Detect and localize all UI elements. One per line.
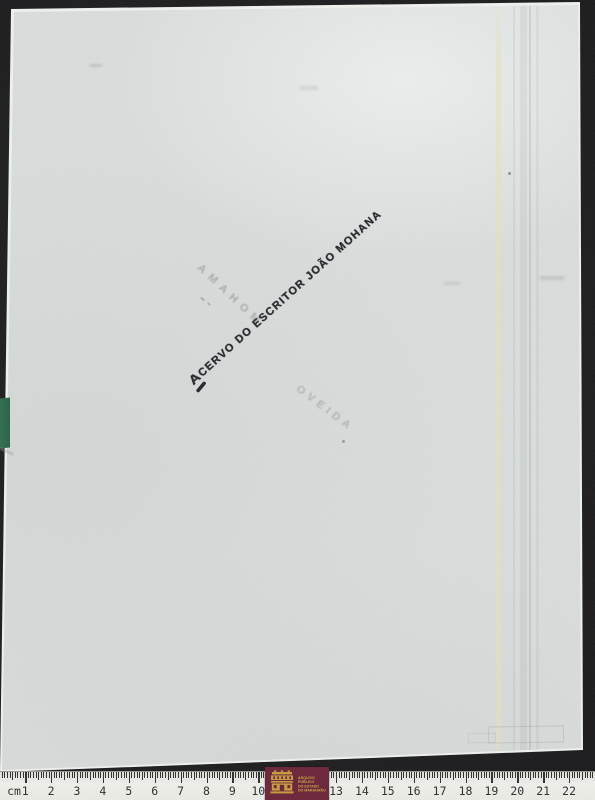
ruler-number: 14	[355, 784, 369, 798]
fold-line	[529, 0, 531, 800]
paper-speck	[200, 297, 205, 302]
ghost-stamp: OVEIDA	[294, 383, 356, 434]
ruler-number: 16	[407, 784, 421, 798]
fold-line	[536, 0, 539, 800]
paper-speck	[207, 302, 211, 306]
ruler-number: 6	[151, 784, 158, 798]
ruler-number: 18	[459, 784, 473, 798]
archive-logo: ARQUIVO PÚBLICO DO ESTADO DO MARANHÃO	[265, 767, 329, 800]
ruler-number: 8	[203, 784, 210, 798]
ruler-number: 19	[484, 784, 498, 798]
ruler-unit-label: cm	[7, 784, 21, 798]
ruler-number: 22	[562, 784, 576, 798]
ruler-number: 9	[229, 784, 236, 798]
scanned-page: AMAHOM OVEIDA ACERVO DO ESCRITOR JOÃO MO…	[0, 0, 595, 800]
ruler-number: 15	[381, 784, 395, 798]
paper-smudge	[540, 276, 564, 280]
paper-impression	[468, 733, 496, 743]
green-archive-tab	[0, 397, 10, 448]
fold-line	[513, 0, 515, 800]
ruler-number: 4	[99, 784, 106, 798]
archive-stamp: ACERVO DO ESCRITOR JOÃO MOHANA	[188, 208, 385, 387]
ruler-number: 20	[510, 784, 524, 798]
paper-sheet: AMAHOM OVEIDA ACERVO DO ESCRITOR JOÃO MO…	[0, 0, 595, 800]
paper-impression	[488, 725, 564, 743]
paper-smudge	[300, 86, 318, 90]
ruler-number: 21	[536, 784, 550, 798]
logo-text-line: DO MARANHÃO	[298, 788, 326, 793]
ruler-number: 1	[22, 784, 29, 798]
ruler-number: 2	[48, 784, 55, 798]
archive-building-icon: ARQUIVO PÚBLICO DO ESTADO DO MARANHÃO	[265, 767, 329, 800]
ruler-number: 13	[329, 784, 343, 798]
paper-speck	[508, 172, 511, 175]
ruler-number: 5	[125, 784, 132, 798]
measurement-ruler: cm 1234567891013141516171819202122	[0, 771, 595, 800]
fold-line	[496, 0, 501, 800]
paper-speck	[342, 440, 345, 443]
paper-smudge	[444, 282, 460, 285]
ruler-number: 7	[177, 784, 184, 798]
paper-smudge	[90, 64, 102, 67]
ruler-number: 10	[251, 784, 265, 798]
ruler-number: 3	[74, 784, 81, 798]
fold-line	[520, 0, 527, 800]
ruler-number: 17	[433, 784, 447, 798]
